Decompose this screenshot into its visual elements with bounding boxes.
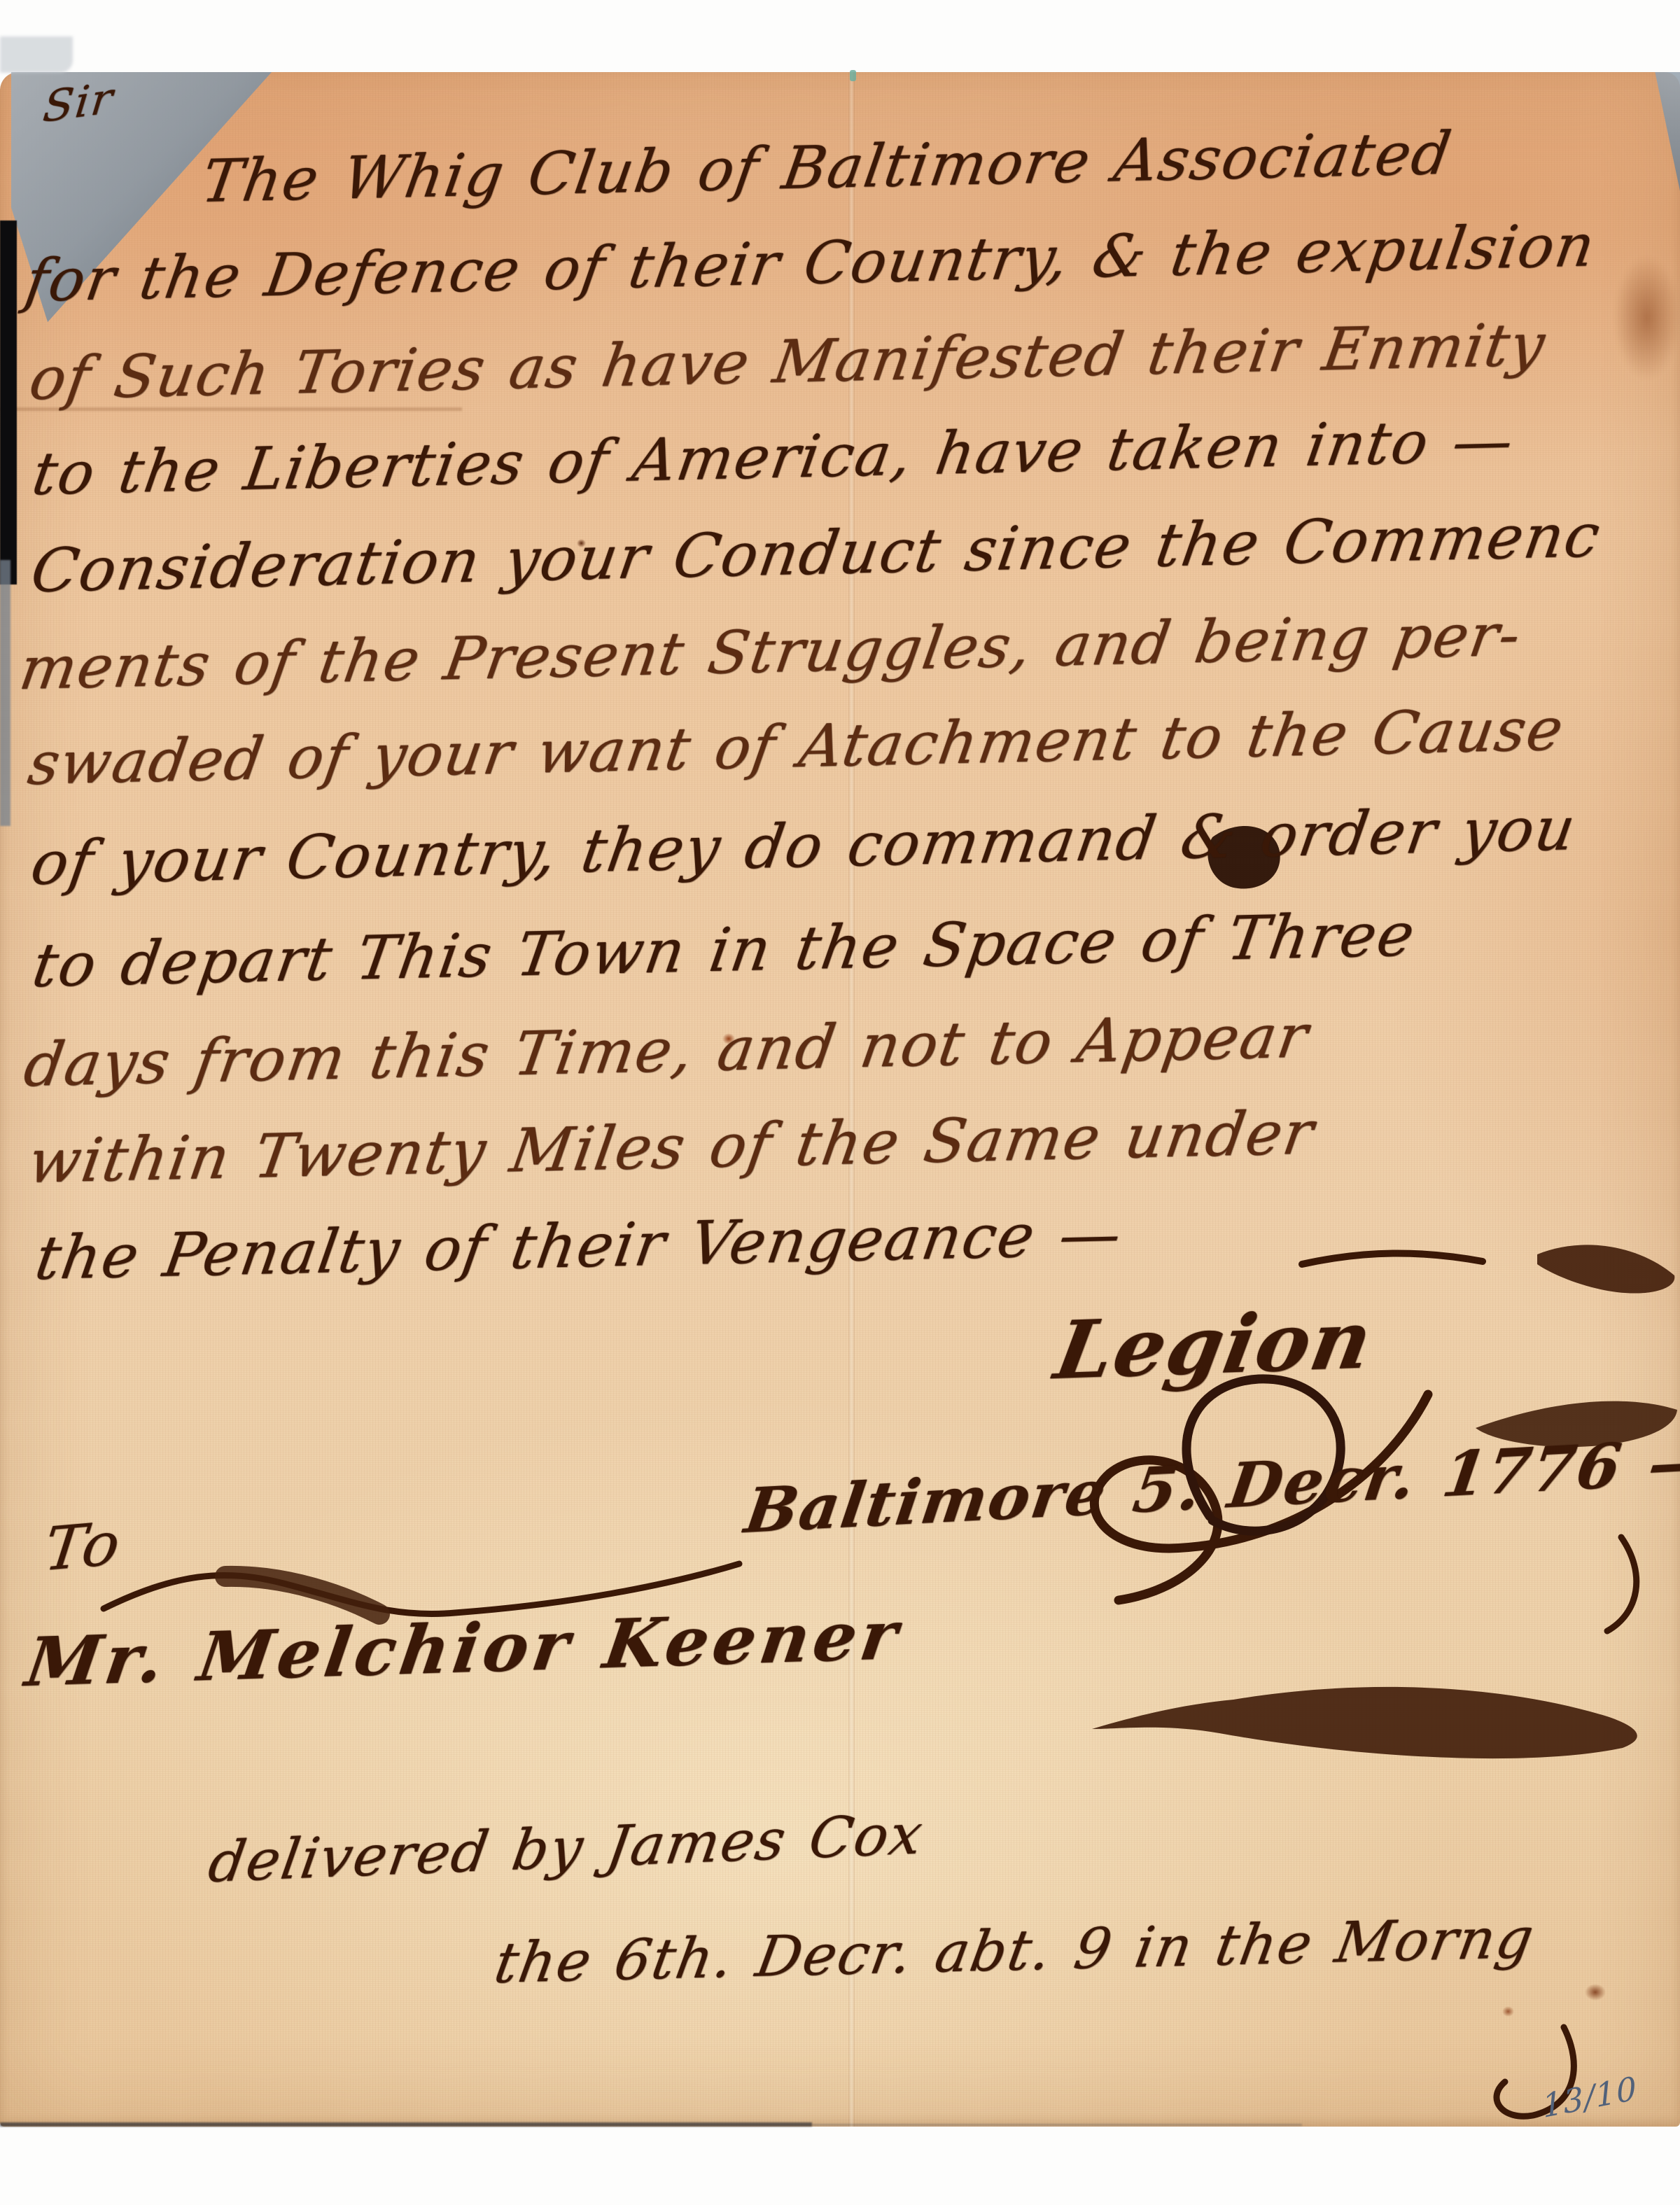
scanned-letter-page: Sir The Whig Club of Baltimore Associate… — [0, 0, 1680, 2205]
keener-swash — [1092, 1687, 1637, 1758]
vengeance-end-blob — [1537, 1245, 1674, 1293]
dateline-tail — [1607, 1537, 1637, 1631]
signature-legion: Legion — [1049, 1292, 1380, 1397]
vengeance-dash-flourish — [1302, 1253, 1483, 1264]
address-to: To — [41, 1508, 125, 1585]
salutation: Sir — [41, 72, 116, 132]
to-flourish-thick — [225, 1576, 379, 1614]
